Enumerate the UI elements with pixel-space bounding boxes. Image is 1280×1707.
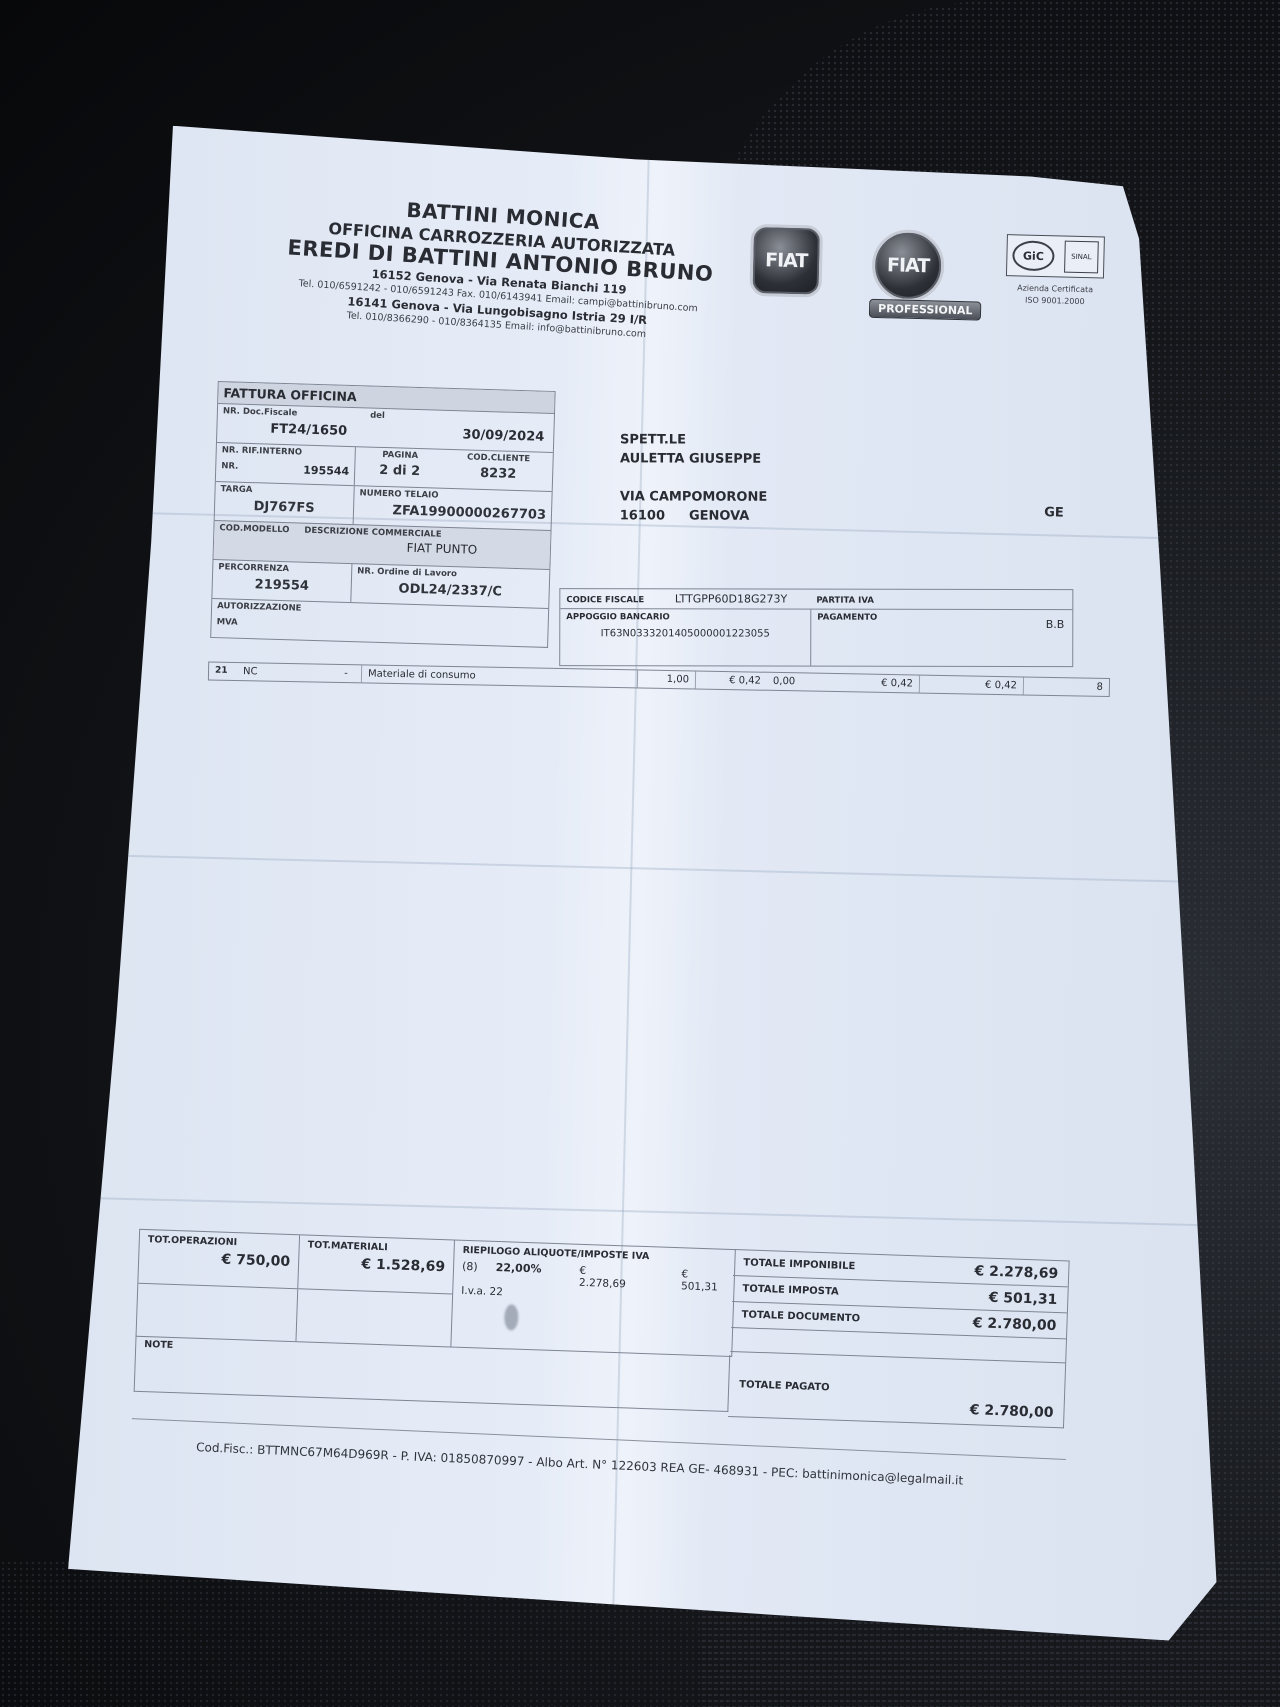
materials-column: TOT.MATERIALI € 1.528,69 (296, 1235, 455, 1346)
mileage-value: 219554 (218, 576, 346, 595)
gic-certification-icon: GiC (1012, 240, 1055, 271)
vat-base: € 2.278,69 (579, 1265, 634, 1291)
summary-box: TOTALE IMPONIBILE € 2.278,69 TOTALE IMPO… (728, 1249, 1070, 1428)
model-code-label: COD.MODELLO (219, 523, 289, 535)
internal-ref-cell: NR. RIF.INTERNO NR. 195544 (216, 443, 355, 485)
chassis-label: NUMERO TELAIO (359, 488, 546, 504)
iban: IT63N0333201405000001223055 (566, 628, 804, 639)
materials-total: € 1.528,69 (307, 1255, 445, 1276)
item-code: NC (237, 663, 331, 682)
vehicle-description: FIAT PUNTO (219, 535, 545, 559)
item-row-number: 21 (209, 663, 237, 681)
doc-number-label: NR. Doc.Fiscale (223, 406, 298, 418)
payment-method: B.B (1046, 618, 1065, 631)
tax-code: LTTGPP60D18G273Y (675, 592, 787, 605)
invoice-paper: BATTINI MONICA OFFICINA CARROZZERIA AUTO… (67, 124, 1263, 1642)
plate-cell: TARGA DJ767FS (215, 482, 354, 524)
footer-legal-info: Cod.Fisc.: BTTMNC67M64D969R - P. IVA: 01… (196, 1440, 1096, 1493)
client-code-cell: COD.CLIENTE 8232 (444, 450, 553, 491)
internal-ref-label: NR. RIF.INTERNO (222, 445, 350, 459)
operations-label: TOT.OPERAZIONI (148, 1234, 291, 1250)
payment-cell: PAGAMENTO B.B (810, 610, 1072, 666)
recipient-city-line: 16100 GENOVA (620, 506, 767, 526)
recipient-zip: 16100 (620, 506, 665, 525)
operations-total: € 750,00 (147, 1249, 290, 1270)
materials-label: TOT.MATERIALI (308, 1240, 446, 1256)
sinal-accreditation-icon: SINAL (1064, 241, 1099, 274)
recipient-name: AULETTA GIUSEPPE (620, 449, 767, 469)
client-code: 8232 (449, 465, 547, 483)
page-label: PAGINA (361, 449, 440, 461)
operations-cell: TOT.OPERAZIONI € 750,00 (138, 1230, 299, 1288)
doc-number-values: FT24/1650 30/09/2024 (222, 420, 548, 445)
vat-amount: € 501,31 (681, 1268, 726, 1294)
internal-ref-values: NR. 195544 (221, 461, 349, 478)
recipient-province: GE (1044, 505, 1064, 520)
professional-badge: PROFESSIONAL (869, 299, 982, 321)
plate-value: DJ767FS (220, 498, 348, 517)
operations-column: TOT.OPERAZIONI € 750,00 (137, 1230, 301, 1341)
document-total: € 2.780,00 (973, 1315, 1057, 1334)
work-order-cell: NR. Ordine di Lavoro ODL24/2337/C (350, 564, 549, 608)
paid-total: € 2.780,00 (970, 1402, 1054, 1421)
item-discount: 0,00 (767, 673, 819, 691)
tax-code-cell: CODICE FISCALE LTTGPP60D18G273Y (560, 589, 810, 608)
materials-empty-cell (296, 1288, 452, 1347)
fiscal-info-table: CODICE FISCALE LTTGPP60D18G273Y PARTITA … (559, 588, 1073, 667)
mileage-label: PERCORRENZA (218, 562, 346, 576)
authorization-value: MVA (217, 617, 543, 637)
page-cell: PAGINA 2 di 2 (354, 447, 445, 488)
totals-section: TOT.OPERAZIONI € 750,00 TOT.MATERIALI € … (134, 1229, 1069, 1424)
item-total: € 0,42 (919, 676, 1023, 695)
fiat-round-logo-icon: FIAT (871, 229, 945, 303)
logos-area: FIAT FIAT PROFESSIONAL GiC SINAL Azienda… (749, 220, 1172, 340)
certification-text: Azienda Certificata ISO 9001.2000 (997, 282, 1113, 309)
company-header: BATTINI MONICA OFFICINA CARROZZERIA AUTO… (237, 188, 764, 347)
internal-ref: 195544 (303, 464, 349, 478)
payment-label: PAGAMENTO (817, 613, 1066, 623)
work-order-value: ODL24/2337/C (357, 580, 544, 601)
client-code-label: COD.CLIENTE (450, 452, 548, 465)
paid-label: TOTALE PAGATO (739, 1379, 830, 1393)
recipient-city: GENOVA (689, 507, 749, 526)
item-unit-price: € 0,42 (695, 671, 767, 689)
chassis-value: ZFA19900000267703 (359, 502, 546, 523)
item-net-price: € 0,42 (819, 674, 919, 693)
vat-rate: 22,00% (495, 1261, 541, 1276)
vat-code: (8) (462, 1260, 478, 1274)
fiat-logo-icon: FIAT (749, 224, 823, 298)
document-total-label: TOTALE DOCUMENTO (741, 1309, 860, 1324)
taxable-label: TOTALE IMPONIBILE (743, 1257, 855, 1272)
recipient-street: VIA CAMPOMORONE (620, 487, 767, 507)
work-order-label: NR. Ordine di Lavoro (357, 566, 544, 582)
bank-cell: APPOGGIO BANCARIO IT63N03332014050000012… (560, 609, 810, 665)
plate-label: TARGA (220, 484, 348, 498)
materials-cell: TOT.MATERIALI € 1.528,69 (298, 1235, 454, 1293)
tax-total: € 501,31 (988, 1289, 1057, 1307)
mileage-cell: PERCORRENZA 219554 (212, 560, 351, 602)
paid-row: TOTALE PAGATO € 2.780,00 (728, 1352, 1065, 1427)
item-vat-code: 8 (1023, 677, 1109, 696)
invoice-content: BATTINI MONICA OFFICINA CARROZZERIA AUTO… (67, 124, 1263, 1642)
item-dash: - (331, 665, 361, 683)
tax-label: TOTALE IMPOSTA (742, 1283, 839, 1297)
vat-cell: PARTITA IVA (810, 590, 1072, 609)
operations-empty-cell (137, 1282, 298, 1341)
vat-label: PARTITA IVA (816, 596, 874, 606)
recipient-spacer (620, 468, 767, 488)
item-description: Materiale di consumo (361, 665, 637, 687)
bank-label: APPOGGIO BANCARIO (566, 612, 804, 622)
bank-row: APPOGGIO BANCARIO IT63N03332014050000012… (560, 608, 1072, 666)
certification-line-2: ISO 9001.2000 (997, 294, 1112, 309)
recipient-salutation: SPETT.LE (620, 430, 767, 450)
recipient-block: SPETT.LE AULETTA GIUSEPPE VIA CAMPOMORON… (620, 430, 768, 526)
taxable-total: € 2.278,69 (974, 1263, 1058, 1282)
item-quantity: 1,00 (637, 670, 695, 688)
tax-code-row: CODICE FISCALE LTTGPP60D18G273Y PARTITA … (560, 589, 1072, 609)
certification-logo: GiC SINAL (1006, 234, 1105, 278)
document-info-table: FATTURA OFFICINA NR. Doc.Fiscale del FT2… (210, 381, 555, 648)
tax-code-label: CODICE FISCALE (566, 595, 644, 605)
vat-summary-column: RIEPILOGO ALIQUOTE/IMPOSTE IVA (8) 22,00… (451, 1241, 734, 1356)
page-value: 2 di 2 (360, 462, 439, 479)
chassis-cell: NUMERO TELAIO ZFA19900000267703 (353, 486, 552, 530)
doc-date: 30/09/2024 (462, 427, 544, 444)
date-label: del (370, 411, 385, 421)
doc-number: FT24/1650 (270, 422, 347, 439)
vat-summary-cell: RIEPILOGO ALIQUOTE/IMPOSTE IVA (8) 22,00… (451, 1241, 734, 1356)
internal-ref-prefix: NR. (221, 461, 238, 474)
